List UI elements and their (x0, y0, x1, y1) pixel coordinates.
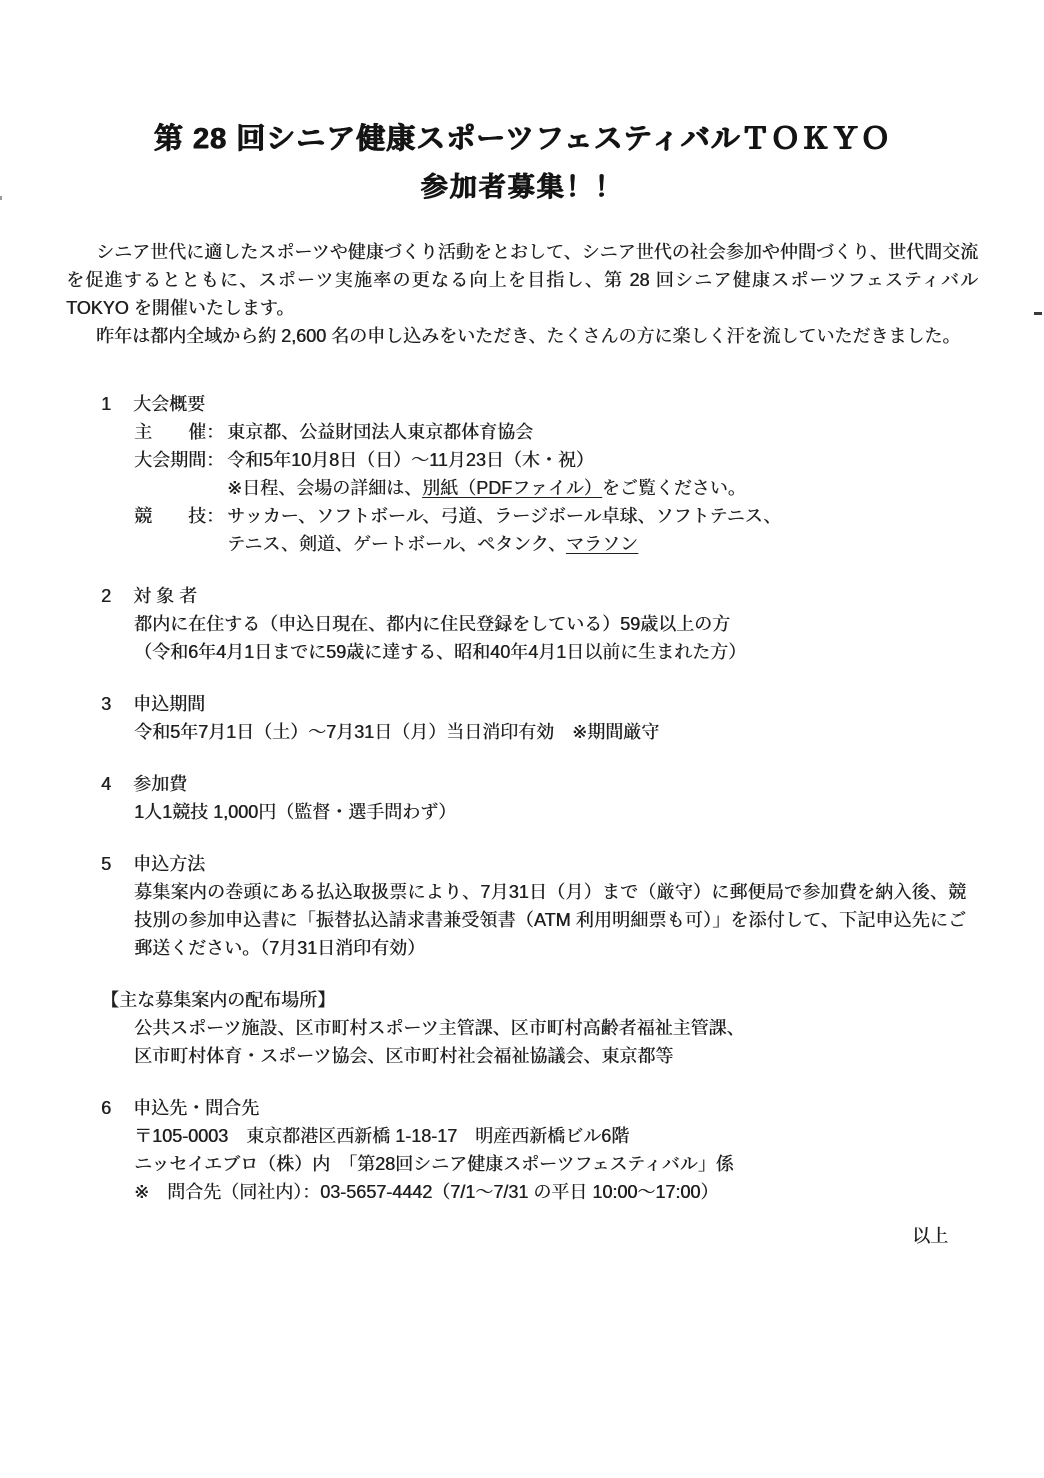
page-subtitle: 参加者募集！！ (0, 170, 1044, 204)
period-note-suffix: をご覧ください。 (602, 478, 746, 498)
events-line1: サッカー、ソフトボール、弓道、ラージボール卓球、ソフトテニス、 (227, 506, 781, 526)
scan-artifact-left (0, 196, 2, 200)
section-application-period-body: 令和5年7月1日（土）～7月31日（月）当日消印有効 ※期間厳守 (134, 718, 966, 746)
section-application-period: 3申込期間 令和5年7月1日（土）～7月31日（月）当日消印有効 ※期間厳守 (101, 690, 1044, 746)
eligibility-line-1: 都内に在住する（申込日現在、都内に住民登録をしている）59歳以上の方 (134, 610, 966, 638)
section-overview-body: 主 催：東京都、公益財団法人東京都体育協会 大会期間：令和5年10月8日（日）～… (134, 418, 966, 558)
section-how-to-apply-title: 申込方法 (133, 854, 205, 874)
section-fee-heading: 4参加費 (101, 770, 1044, 798)
period-note: ※日程、会場の詳細は、別紙（PDFファイル）をご覧ください。 (227, 474, 966, 502)
section-distribution-body: 公共スポーツ施設、区市町村スポーツ主管課、区市町村高齢者福祉主管課、 区市町村体… (134, 1014, 966, 1070)
section-how-to-apply-number: 5 (101, 850, 133, 878)
section-how-to-apply-heading: 5申込方法 (101, 850, 1044, 878)
scan-artifact-right (1034, 312, 1042, 315)
events-row: 競 技：サッカー、ソフトボール、弓道、ラージボール卓球、ソフトテニス、 (134, 502, 966, 530)
host-label: 主 催： (134, 418, 227, 446)
period-row: 大会期間：令和5年10月8日（日）～11月23日（木・祝） (134, 446, 966, 474)
distribution-title: 【主な募集案内の配布場所】 (101, 986, 1044, 1014)
section-fee: 4参加費 1人1競技 1,000円（監督・選手問わず） (101, 770, 1044, 826)
document-page: 第 28 回シニア健康スポーツフェスティバルＴＯＫＹＯ 参加者募集！！ シニア世… (0, 0, 1044, 1478)
section-how-to-apply-body: 募集案内の巻頭にある払込取扱票により、7月31日（月）まで（厳守）に郵便局で参加… (134, 878, 966, 962)
section-fee-number: 4 (101, 770, 133, 798)
events-line2-prefix: テニス、剣道、ゲートボール、ペタンク、 (227, 534, 566, 554)
contact-company-line: ニッセイエブロ（株）内 「第28回シニア健康スポーツフェスティバル」係 (134, 1150, 966, 1178)
how-to-apply-text: 募集案内の巻頭にある払込取扱票により、7月31日（月）まで（厳守）に郵便局で参加… (134, 878, 966, 962)
closing-text: 以上 (0, 1222, 948, 1250)
events-line2: テニス、剣道、ゲートボール、ペタンク、マラソン (227, 530, 966, 558)
section-eligibility-heading: 2対 象 者 (101, 582, 1044, 610)
application-period-line: 令和5年7月1日（土）～7月31日（月）当日消印有効 ※期間厳守 (134, 718, 966, 746)
distribution-line-2: 区市町村体育・スポーツ協会、区市町村社会福祉協議会、東京都等 (134, 1042, 966, 1070)
events-label: 競 技： (134, 502, 227, 530)
section-overview-heading: 1大会概要 (101, 390, 1044, 418)
section-how-to-apply: 5申込方法 募集案内の巻頭にある払込取扱票により、7月31日（月）まで（厳守）に… (101, 850, 1044, 962)
section-application-period-heading: 3申込期間 (101, 690, 1044, 718)
eligibility-line-2: （令和6年4月1日までに59歳に達する、昭和40年4月1日以前に生まれた方） (134, 638, 966, 666)
section-overview-title: 大会概要 (133, 394, 205, 414)
section-contact-heading: 6申込先・問合先 (101, 1094, 1044, 1122)
section-distribution: 【主な募集案内の配布場所】 公共スポーツ施設、区市町村スポーツ主管課、区市町村高… (101, 986, 1044, 1070)
period-value: 令和5年10月8日（日）～11月23日（木・祝） (227, 450, 594, 470)
section-eligibility: 2対 象 者 都内に在住する（申込日現在、都内に住民登録をしている）59歳以上の… (101, 582, 1044, 666)
marathon-link[interactable]: マラソン (566, 534, 638, 554)
section-fee-body: 1人1競技 1,000円（監督・選手問わず） (134, 798, 966, 826)
contact-address-line: 〒105-0003 東京都港区西新橋 1-18-17 明産西新橋ビル6階 (134, 1122, 966, 1150)
intro-paragraph-1: シニア世代に適したスポーツや健康づくり活動をとおして、シニア世代の社会参加や仲間… (66, 238, 978, 322)
host-row: 主 催：東京都、公益財団法人東京都体育協会 (134, 418, 966, 446)
host-value: 東京都、公益財団法人東京都体育協会 (227, 422, 533, 442)
section-application-period-title: 申込期間 (133, 694, 205, 714)
period-note-prefix: ※日程、会場の詳細は、 (227, 478, 422, 498)
section-fee-title: 参加費 (133, 774, 187, 794)
fee-line: 1人1競技 1,000円（監督・選手問わず） (134, 798, 966, 826)
section-overview: 1大会概要 主 催：東京都、公益財団法人東京都体育協会 大会期間：令和5年10月… (101, 390, 1044, 558)
contact-phone-line: ※ 問合先（同社内）：03-5657-4442（7/1～7/31 の平日 10:… (134, 1178, 966, 1206)
intro-paragraph-2: 昨年は都内全域から約 2,600 名の申し込みをいただき、たくさんの方に楽しく汗… (66, 322, 978, 350)
section-overview-number: 1 (101, 390, 133, 418)
period-label: 大会期間： (134, 446, 227, 474)
section-contact-title: 申込先・問合先 (133, 1098, 259, 1118)
section-contact: 6申込先・問合先 〒105-0003 東京都港区西新橋 1-18-17 明産西新… (101, 1094, 1044, 1206)
section-application-period-number: 3 (101, 690, 133, 718)
section-eligibility-number: 2 (101, 582, 133, 610)
pdf-attachment-link[interactable]: 別紙（PDFファイル） (422, 478, 602, 498)
section-contact-body: 〒105-0003 東京都港区西新橋 1-18-17 明産西新橋ビル6階 ニッセ… (134, 1122, 966, 1206)
page-title: 第 28 回シニア健康スポーツフェスティバルＴＯＫＹＯ (0, 120, 1044, 158)
section-contact-number: 6 (101, 1094, 133, 1122)
section-eligibility-title: 対 象 者 (133, 586, 197, 606)
distribution-line-1: 公共スポーツ施設、区市町村スポーツ主管課、区市町村高齢者福祉主管課、 (134, 1014, 966, 1042)
section-eligibility-body: 都内に在住する（申込日現在、都内に住民登録をしている）59歳以上の方 （令和6年… (134, 610, 966, 666)
